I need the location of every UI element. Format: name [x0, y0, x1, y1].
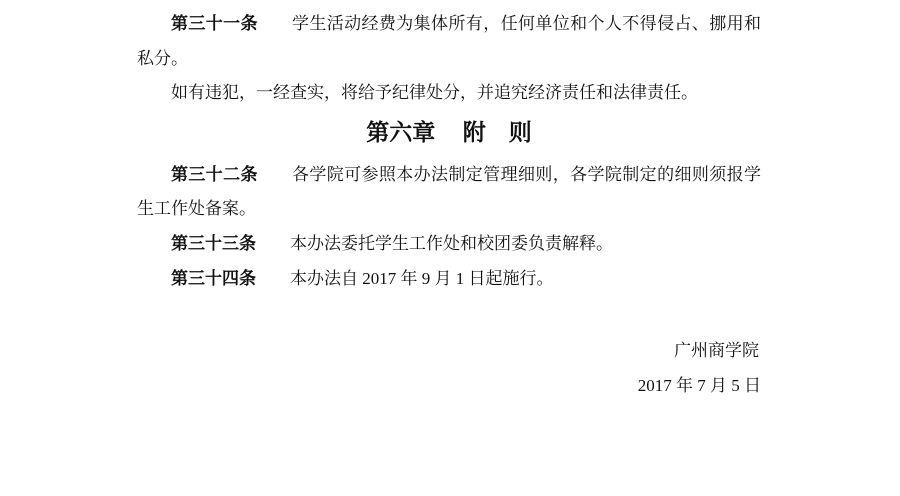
article-32-number: 第三十二条	[171, 165, 258, 184]
signature-block: 广州商学院 2017 年 7 月 5 日	[137, 334, 761, 403]
article-34-text: 本办法自 2017 年 9 月 1 日起施行。	[290, 269, 554, 288]
signature-organization: 广州商学院	[137, 334, 761, 369]
article-33-text: 本办法委托学生工作处和校团委负责解释。	[290, 234, 613, 253]
article-31-number: 第三十一条	[171, 14, 258, 33]
paragraph-article-32: 第三十二条各学院可参照本办法制定管理细则，各学院制定的细则须报学生工作处备案。	[137, 158, 761, 227]
article-34-number: 第三十四条	[171, 269, 256, 288]
paragraph-article-34: 第三十四条本办法自 2017 年 9 月 1 日起施行。	[137, 262, 761, 297]
paragraph-article-31: 第三十一条学生活动经费为集体所有，任何单位和个人不得侵占、挪用和私分。	[137, 7, 761, 76]
document-page: 第三十一条学生活动经费为集体所有，任何单位和个人不得侵占、挪用和私分。 如有违犯…	[0, 0, 900, 496]
document-content: 第三十一条学生活动经费为集体所有，任何单位和个人不得侵占、挪用和私分。 如有违犯…	[137, 7, 761, 403]
paragraph-violation-clause: 如有违犯，一经查实，将给予纪律处分，并追究经济责任和法律责任。	[137, 76, 761, 111]
chapter-heading: 第六章附 则	[137, 115, 761, 150]
chapter-number: 第六章	[366, 120, 435, 145]
paragraph-article-33: 第三十三条本办法委托学生工作处和校团委负责解释。	[137, 227, 761, 262]
violation-clause-text: 如有违犯，一经查实，将给予纪律处分，并追究经济责任和法律责任。	[171, 83, 698, 102]
chapter-title: 附 则	[463, 120, 532, 145]
signature-date: 2017 年 7 月 5 日	[137, 369, 761, 404]
article-33-number: 第三十三条	[171, 234, 256, 253]
